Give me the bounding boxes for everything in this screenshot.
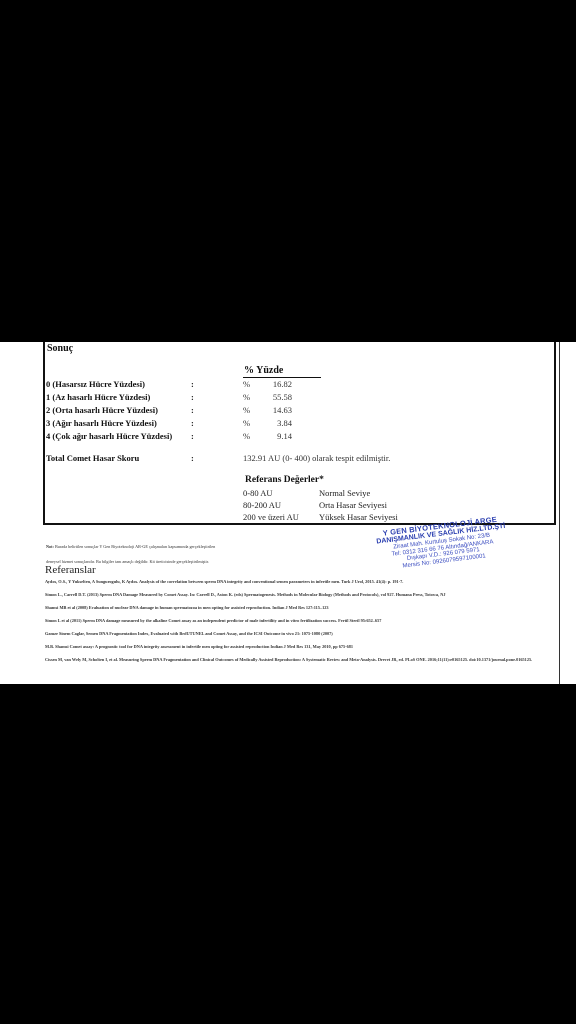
row-colon: : [191,417,194,430]
total-score-colon: : [191,452,194,464]
result-row: 1 (Az hasarlı Hücre Yüzdesi) : % 55.58 [45,391,445,404]
row-colon: : [191,378,194,391]
row-value: 55.58 [255,391,292,404]
reference-desc: Orta Hasar Seviyesi [319,499,387,511]
row-colon: : [191,391,194,404]
reference-item: Aydos, O.S., Y Yukselten, A Sungurogulu,… [45,579,550,585]
row-label: 1 (Az hasarlı Hücre Yüzdesi) [46,391,150,404]
result-row: 2 (Orta hasarlı Hücre Yüzdesi) : % 14.63 [45,404,445,417]
reference-range: 200 ve üzeri AU [243,511,299,523]
total-score-value: 132.91 AU (0- 400) olarak tespit edilmiş… [243,452,390,464]
section-title: Sonuç [47,343,73,354]
row-label: 2 (Orta hasarlı Hücre Yüzdesi) [46,404,158,417]
reference-item: Gamze Sinem Caglar, Semen DNA Fragmentat… [45,631,550,637]
note-prefix: Not: [46,544,54,549]
document-page: Sonuç % Yüzde 0 (Hasarsız Hücre Yüzdesi)… [0,342,576,684]
reference-range: 80-200 AU [243,499,281,511]
row-value: 14.63 [255,404,292,417]
reference-range: 0-80 AU [243,487,273,499]
note-text-1: Burada belirtilen sonuçlar Y Gen Biyotek… [55,544,215,549]
row-unit: % [243,417,250,430]
reference-values-title: Referans Değerler* [245,475,324,485]
reference-item: Cissen M, van Wely M, Scholten I, et al.… [45,657,550,663]
reference-desc: Yüksek Hasar Seviyesi [319,511,398,523]
references-title: Referanslar [45,564,96,576]
note-line-1: Not: Burada belirtilen sonuçlar Y Gen Bi… [46,544,346,549]
row-value: 16.82 [255,378,292,391]
reference-desc: Normal Seviye [319,487,370,499]
reference-item: Simon L., Carrell D.T. (2013) Sperm DNA … [45,592,550,598]
row-unit: % [243,391,250,404]
row-colon: : [191,404,194,417]
result-row: 0 (Hasarsız Hücre Yüzdesi) : % 16.82 [45,378,445,391]
percent-column-header: % Yüzde [243,365,321,378]
result-row: 3 (Ağır hasarlı Hücre Yüzdesi) : % 3.84 [45,417,445,430]
reference-item: Shamsi MB et al (2008) Evaluation of nuc… [45,605,550,611]
row-unit: % [243,430,250,443]
row-label: 0 (Hasarsız Hücre Yüzdesi) [46,378,145,391]
row-unit: % [243,404,250,417]
page-edge-rule [559,342,560,684]
row-label: 3 (Ağır hasarlı Hücre Yüzdesi) [46,417,157,430]
result-box: Sonuç % Yüzde 0 (Hasarsız Hücre Yüzdesi)… [43,342,556,525]
row-value: 9.14 [255,430,292,443]
row-colon: : [191,430,194,443]
total-score-label: Total Comet Hasar Skoru [46,452,139,464]
row-unit: % [243,378,250,391]
result-row: 4 (Çok ağır hasarlı Hücre Yüzdesi) : % 9… [45,430,445,443]
row-label: 4 (Çok ağır hasarlı Hücre Yüzdesi) [46,430,172,443]
reference-item: Simon L et al (2011) Sperm DNA damage me… [45,618,550,624]
reference-item: M.B. Shamsi Comet assay: A prognostic to… [45,644,550,650]
row-value: 3.84 [255,417,292,430]
